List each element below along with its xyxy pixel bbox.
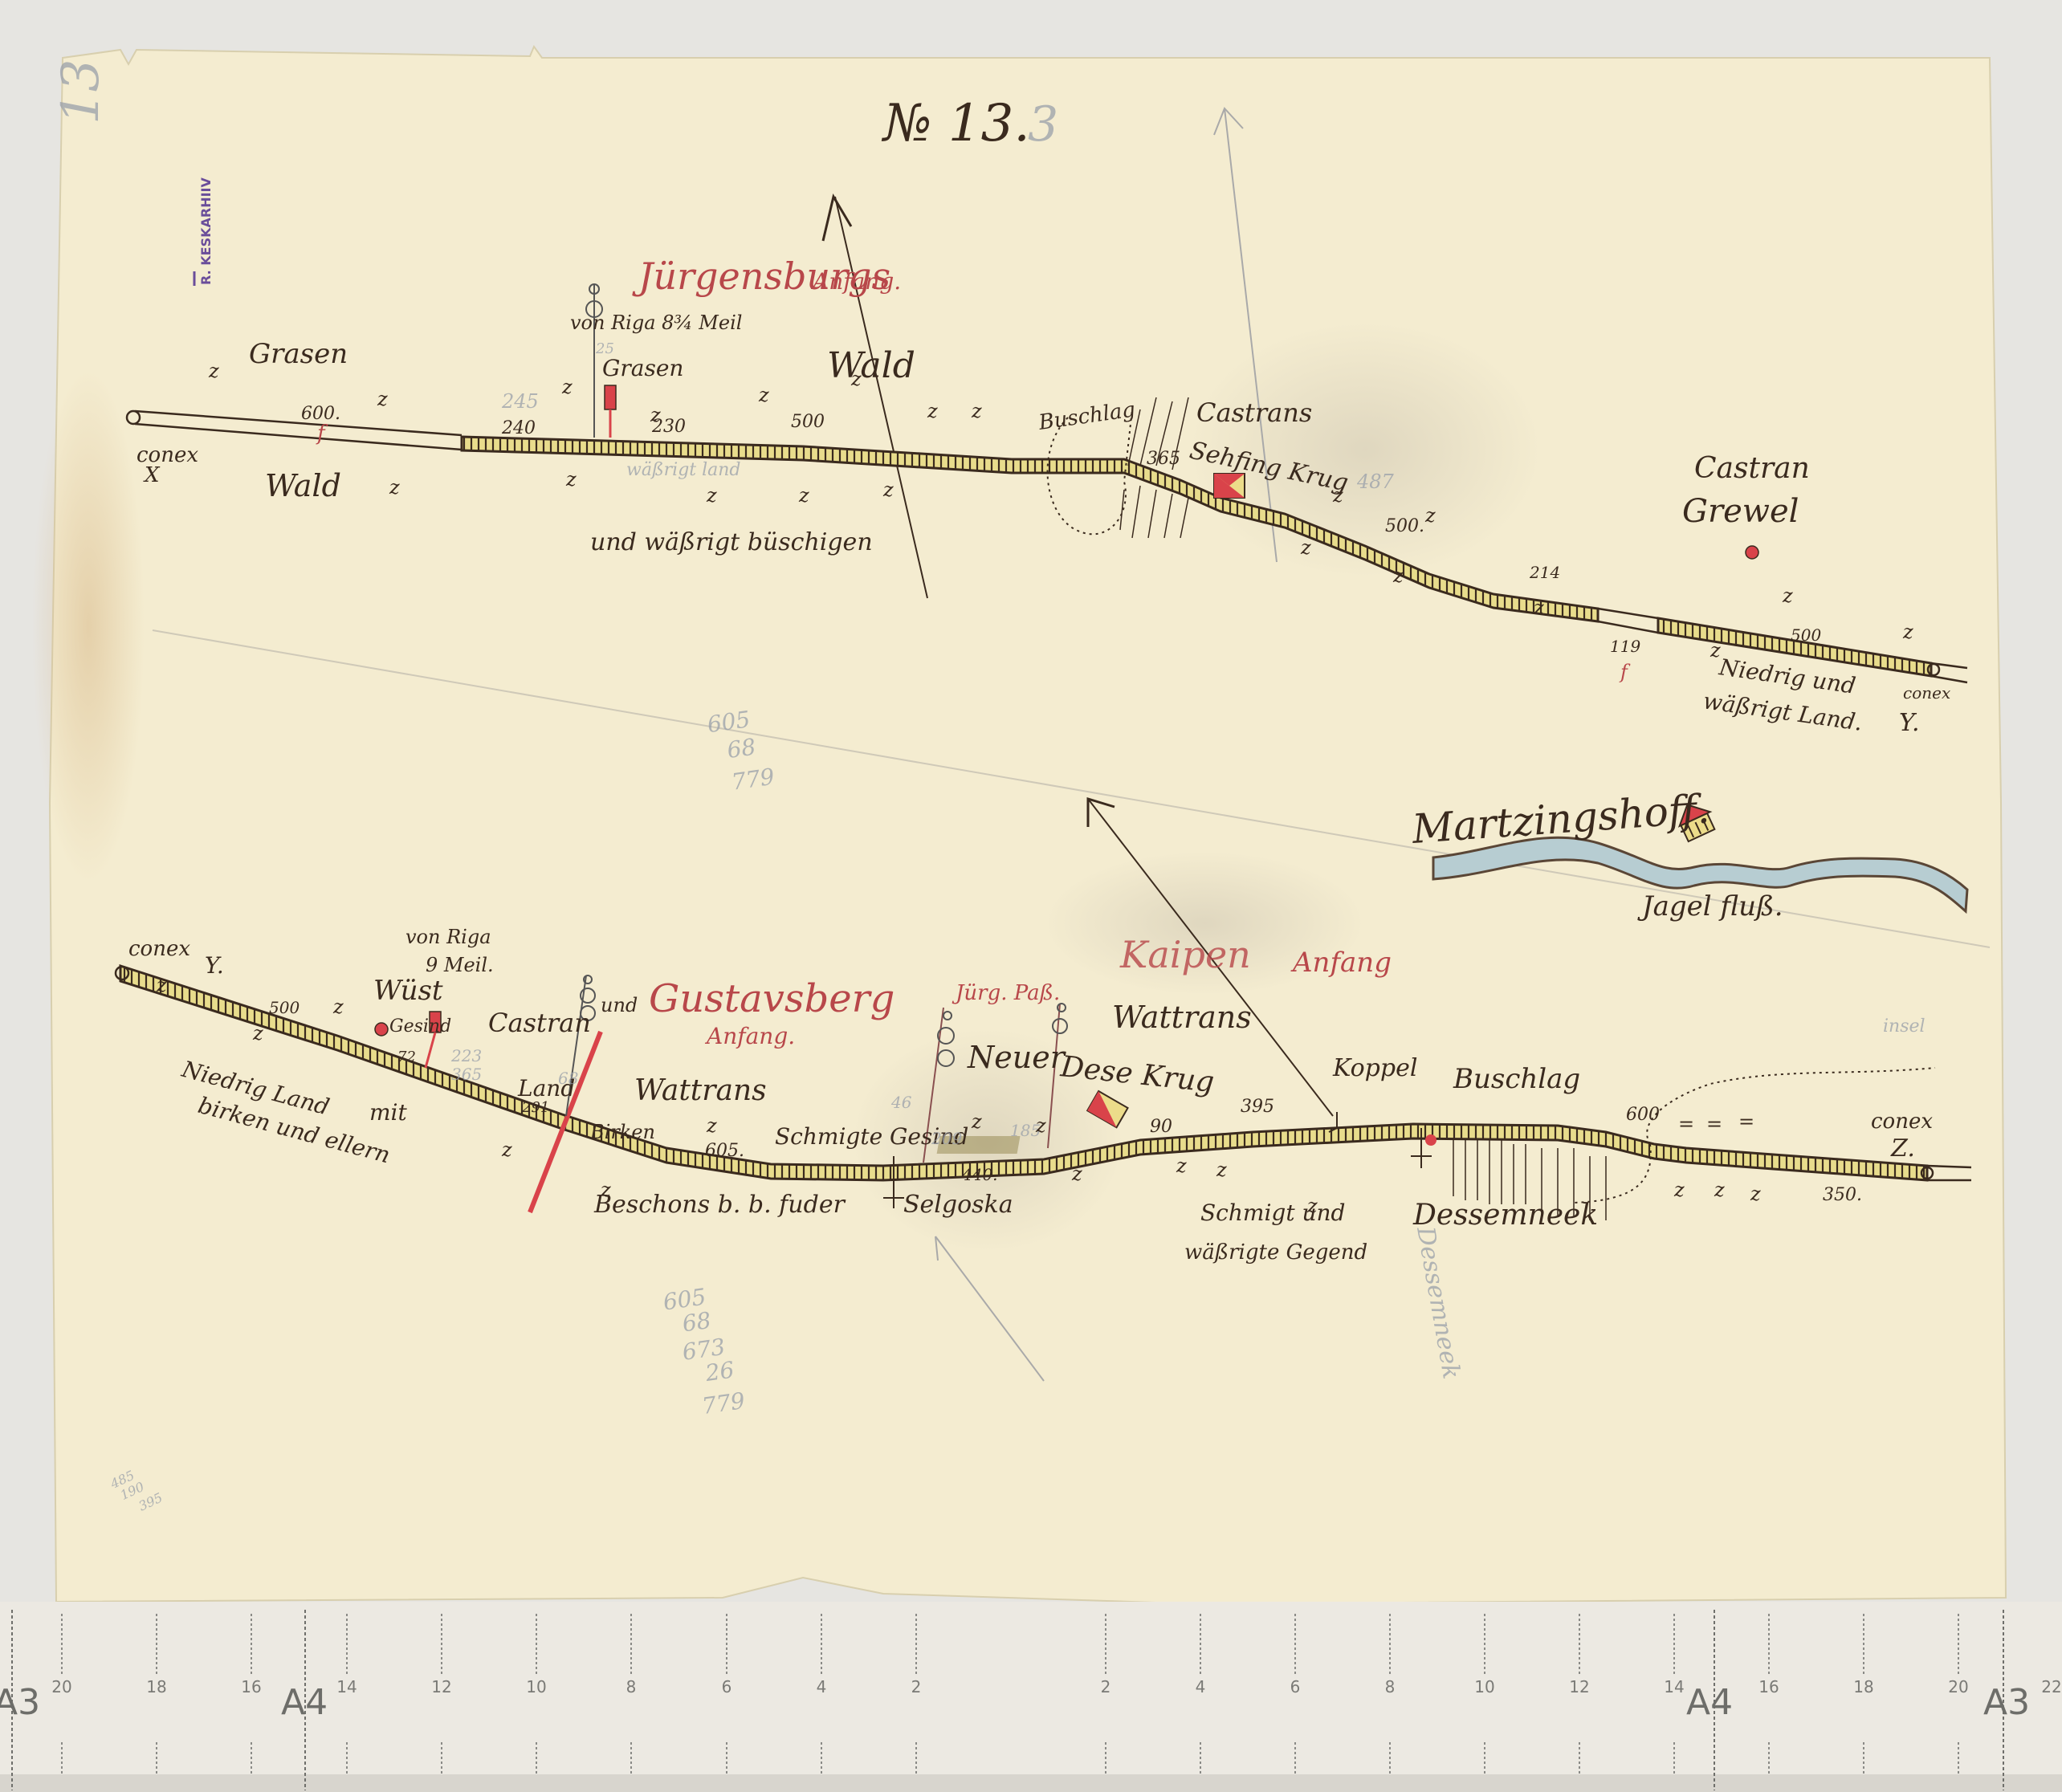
svg-text:z: z <box>1392 564 1404 587</box>
archive-stamp: R. KESKARHIIV <box>198 177 214 285</box>
label-castrans-top: Castrans <box>1196 397 1312 428</box>
distance-600-bottom: 600 <box>1626 1105 1660 1125</box>
distance-605: 605. <box>705 1141 744 1161</box>
svg-text:A3: A3 <box>1983 1682 2030 1723</box>
distance-209: 209 <box>931 1129 962 1148</box>
svg-text:4: 4 <box>1196 1677 1206 1696</box>
label-castran-grewel-2: Grewel <box>1682 493 1799 530</box>
svg-text:z: z <box>971 1110 982 1133</box>
label-wust: Wüst <box>373 975 443 1007</box>
svg-text:z: z <box>971 400 982 422</box>
svg-text:z: z <box>650 404 661 426</box>
label-koppel: Koppel <box>1332 1054 1417 1082</box>
svg-text:z: z <box>1714 1179 1725 1201</box>
distance-245: 245 <box>501 390 539 413</box>
distance-223: 223 <box>450 1046 482 1065</box>
label-conex-letter-y-bottom: Y. <box>205 952 224 979</box>
svg-text:z: z <box>706 484 717 507</box>
svg-text:z: z <box>1710 639 1721 662</box>
distance-119: 119 <box>1610 637 1640 656</box>
svg-text:68: 68 <box>681 1307 713 1338</box>
svg-text:z: z <box>600 1179 611 1201</box>
inn-marker-sehfing <box>1214 474 1245 498</box>
label-wattrans-right: Wattrans <box>1112 1000 1252 1035</box>
label-castran-grewel-1: Castran <box>1694 452 1810 485</box>
distance-68: 68 <box>558 1069 578 1088</box>
label-gustavsberg-suffix: Anfang. <box>704 1023 795 1049</box>
svg-text:z: z <box>389 476 400 499</box>
svg-text:z: z <box>1673 1179 1685 1201</box>
label-selgoska: Selgoska <box>903 1191 1013 1219</box>
svg-text:A4: A4 <box>281 1682 328 1723</box>
svg-text:16: 16 <box>1758 1677 1779 1696</box>
distance-440: 440. <box>961 1165 998 1184</box>
distance-500-bottom: 500 <box>269 998 300 1017</box>
svg-text:18: 18 <box>1853 1677 1873 1696</box>
label-wald-mid: Wald <box>827 345 915 386</box>
distance-500-top-a: 500 <box>791 412 825 432</box>
map-sheet: 13 № 13. 3 R. KESKARHIIV <box>0 0 2062 1792</box>
svg-text:z: z <box>252 1022 263 1045</box>
label-niedrig-bottom-2: mit <box>369 1099 408 1126</box>
svg-text:z: z <box>1533 597 1544 619</box>
label-conex-letter-x: X <box>143 463 161 487</box>
svg-text:z: z <box>156 974 167 996</box>
label-gustavsberg: Gustavsberg <box>649 976 894 1021</box>
svg-text:8: 8 <box>626 1677 637 1696</box>
label-conex-end-bottom: conex <box>1871 1110 1933 1134</box>
svg-text:4: 4 <box>817 1677 827 1696</box>
label-grassen-left: Grasen <box>249 338 348 370</box>
distance-90: 90 <box>1150 1117 1172 1137</box>
distance-365-bottom: 365 <box>451 1065 482 1084</box>
distance-365-top: 365 <box>1147 449 1180 469</box>
distance-214: 214 <box>1529 563 1560 582</box>
svg-text:z: z <box>1216 1159 1227 1181</box>
label-buschlag-bottom: Buschlag <box>1453 1063 1580 1095</box>
label-grassen-mid: Grasen <box>602 355 683 381</box>
svg-text:2: 2 <box>911 1677 922 1696</box>
svg-text:z: z <box>1332 484 1343 507</box>
svg-text:z: z <box>1176 1155 1187 1177</box>
label-jurg-pass: Jürg. Paß. <box>952 981 1060 1005</box>
svg-text:A3: A3 <box>0 1682 40 1723</box>
svg-text:2: 2 <box>1101 1677 1111 1696</box>
svg-text:z: z <box>1300 536 1311 559</box>
svg-text:18: 18 <box>146 1677 166 1696</box>
svg-text:10: 10 <box>1474 1677 1494 1696</box>
svg-text:6: 6 <box>722 1677 732 1696</box>
distance-72: 72 <box>397 1049 416 1065</box>
label-wald-left: Wald <box>265 468 341 503</box>
wust-gesind-dot <box>375 1023 388 1036</box>
document-title: № 13. <box>881 94 1030 153</box>
label-riga-distance-top: von Riga 8¾ Meil <box>570 312 742 334</box>
label-wattrans-left: Wattrans <box>634 1074 767 1107</box>
distance-487: 487 <box>1356 470 1395 493</box>
label-gesind: Gesind <box>389 1016 451 1037</box>
label-pencil-insel: insel <box>1883 1016 1925 1037</box>
svg-text:6: 6 <box>1290 1677 1301 1696</box>
paper-stain <box>32 369 145 883</box>
svg-text:z: z <box>1071 1163 1082 1185</box>
svg-text:26: 26 <box>703 1356 736 1387</box>
svg-text:z: z <box>1035 1114 1046 1137</box>
label-jurgensburg-suffix: Anfang. <box>810 268 901 295</box>
svg-text:=: = <box>1738 1110 1754 1133</box>
distance-46: 46 <box>890 1093 912 1112</box>
label-neuer: Neuer <box>967 1040 1067 1075</box>
label-pencil-wassrigt-land: wäßrigt land <box>626 460 741 480</box>
label-jagel-fluss: Jagel fluß. <box>1637 890 1783 922</box>
svg-text:z: z <box>1750 1183 1761 1205</box>
label-dessemneek: Dessemneek <box>1412 1199 1598 1232</box>
label-conex-end-top: conex <box>1903 683 1950 703</box>
distance-500-top-c: 500 <box>1791 625 1821 645</box>
label-wassrigte-gegend: wäßrigte Gegend <box>1184 1240 1367 1265</box>
svg-text:z: z <box>850 368 862 390</box>
svg-text:z: z <box>1424 504 1436 527</box>
label-schmigt-und: Schmigt und <box>1200 1199 1345 1226</box>
measurement-ruler: 20 18 16 14 12 10 8 6 4 2 2 4 6 8 10 12 … <box>0 1602 2062 1792</box>
svg-text:z: z <box>332 996 344 1018</box>
sheet-number-margin: 13 <box>51 59 111 124</box>
svg-text:20: 20 <box>1948 1677 1968 1696</box>
svg-text:z: z <box>706 1114 717 1137</box>
svg-text:8: 8 <box>1385 1677 1396 1696</box>
distance-395: 395 <box>1241 1097 1274 1117</box>
label-und-wassrigt: und wäßrigt büschigen <box>590 528 873 556</box>
label-kaipen: Kaipen <box>1119 933 1251 976</box>
svg-text:z: z <box>758 384 769 406</box>
svg-text:z: z <box>565 468 577 491</box>
distance-240: 240 <box>501 418 536 438</box>
title-pencil-suffix: 3 <box>1028 96 1058 153</box>
svg-text:z: z <box>882 479 894 501</box>
svg-text:14: 14 <box>336 1677 357 1696</box>
label-beschons: Beschons b. b. fuder <box>593 1191 846 1219</box>
svg-text:z: z <box>927 400 938 422</box>
svg-text:z: z <box>798 484 809 507</box>
grewel-dot <box>1746 546 1758 559</box>
svg-text:12: 12 <box>1569 1677 1589 1696</box>
label-birken: Birken <box>589 1121 655 1143</box>
svg-text:12: 12 <box>431 1677 451 1696</box>
label-riga-bottom-2: 9 Meil. <box>426 954 494 976</box>
svg-text:=: = <box>1706 1113 1722 1135</box>
label-castran-bottom: Castran <box>488 1008 591 1038</box>
svg-text:z: z <box>1902 621 1913 643</box>
svg-text:z: z <box>1306 1195 1318 1217</box>
svg-text:A4: A4 <box>1686 1682 1733 1723</box>
svg-text:10: 10 <box>526 1677 546 1696</box>
label-und-bottom: und <box>601 994 638 1016</box>
dessemneek-dot <box>1425 1134 1436 1146</box>
svg-text:68: 68 <box>725 733 757 764</box>
svg-text:z: z <box>1782 584 1793 607</box>
svg-text:22: 22 <box>2041 1677 2061 1696</box>
distance-350: 350. <box>1823 1185 1862 1205</box>
svg-text:14: 14 <box>1664 1677 1684 1696</box>
svg-text:z: z <box>561 376 573 398</box>
distance-500-top-b: 500. <box>1385 516 1424 536</box>
svg-text:z: z <box>208 360 219 382</box>
svg-text:z: z <box>501 1138 512 1161</box>
label-conex-start-bottom: conex <box>128 937 190 961</box>
label-conex-letter-y-top: Y. <box>1899 709 1919 737</box>
label-riga-bottom-1: von Riga <box>405 926 491 948</box>
svg-text:=: = <box>1678 1113 1694 1135</box>
svg-text:z: z <box>377 388 388 410</box>
distance-25: 25 <box>595 340 614 357</box>
label-conex-letter-z: Z. <box>1890 1134 1915 1163</box>
label-kaipen-suffix: Anfang <box>1290 947 1392 979</box>
distance-291: 291 <box>521 1099 549 1116</box>
svg-text:20: 20 <box>51 1677 71 1696</box>
svg-text:16: 16 <box>241 1677 261 1696</box>
